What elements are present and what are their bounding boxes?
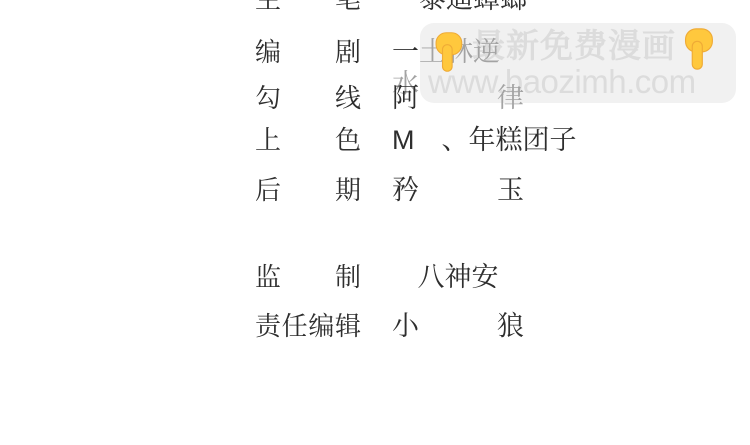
credit-row-coloring: 上色 M 、年糕团子 (255, 124, 592, 156)
credit-name: 小狼 (392, 310, 524, 342)
credit-role: 勾线 (255, 82, 361, 114)
comic-credits-page: 最新免费漫画 www.baozimh.com 主笔 泰迪蟑螂 编剧 一土林逆水 … (0, 0, 750, 445)
credit-name: M 、年糕团子 (392, 124, 592, 156)
credit-role: 上色 (255, 124, 361, 156)
credit-name: 八神安 (392, 261, 524, 293)
credit-row-supervisor: 监制 八神安 (255, 261, 524, 293)
credit-role: 监制 (255, 261, 361, 293)
credit-role: 责任编辑 (255, 310, 361, 342)
credit-name: 泰迪蟑螂 (419, 0, 551, 15)
pointing-down-emoji-icon (427, 30, 469, 74)
credit-row-postprod: 后期 矜玉 (255, 174, 524, 206)
credit-role: 后期 (255, 174, 361, 206)
credit-row-artist: 主笔 泰迪蟑螂 (255, 0, 551, 15)
credit-name: 矜玉 (392, 174, 524, 206)
pointing-down-emoji-icon (676, 26, 720, 72)
credit-role: 主笔 (255, 0, 361, 15)
credit-row-lineart: 勾线 阿律 (255, 82, 524, 114)
credit-name-faded: 律 (497, 83, 524, 113)
credit-row-editor: 责任编辑 小狼 (255, 310, 524, 342)
credit-name: 阿律 (392, 82, 524, 114)
